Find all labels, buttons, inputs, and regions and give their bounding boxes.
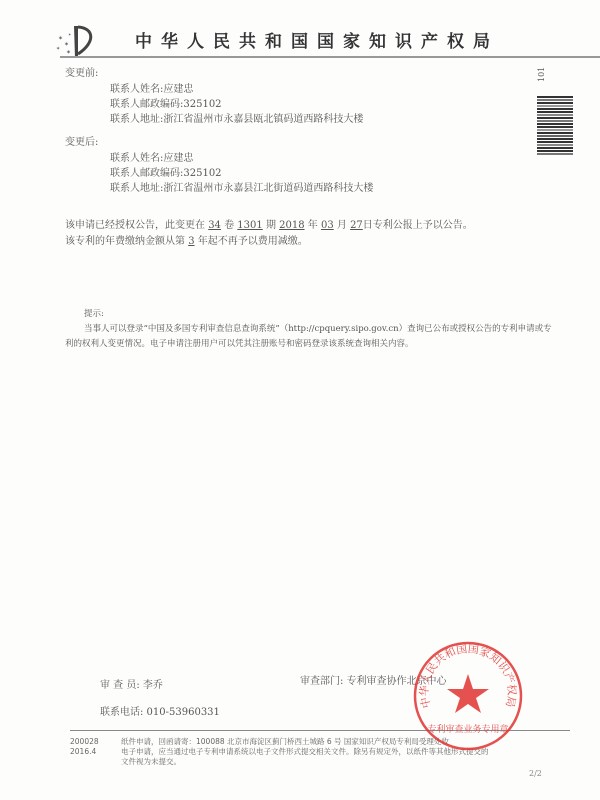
after-label: 变更后: — [65, 135, 98, 150]
tip-line-1: 当事人可以登录“中国及多国专利审查信息查询系统”（http://cpquery.… — [84, 322, 552, 336]
after-postcode: 联系人邮政编码:325102 — [110, 166, 222, 181]
form-code: 200028 — [70, 737, 99, 747]
page-number: 2/2 — [529, 769, 542, 778]
svg-text:✶: ✶ — [64, 41, 69, 48]
month: 03 — [321, 220, 334, 231]
svg-text:✶: ✶ — [58, 35, 63, 42]
notice-line-1: 该申请已经授权公告，此变更在 34 卷 1301 期 2018 年 03 月 2… — [65, 218, 473, 233]
form-date: 2016.4 — [70, 747, 96, 757]
svg-text:✶: ✶ — [56, 46, 60, 52]
before-name: 联系人姓名:应建忠 — [110, 82, 193, 97]
footer-line-3: 文件视为未提交。 — [121, 757, 181, 767]
svg-text:✶: ✶ — [66, 49, 71, 56]
notice-line-2: 该专利的年费缴纳金额从第 3 年起不再予以费用减缴。 — [65, 234, 308, 249]
issue-number: 1301 — [237, 220, 262, 231]
after-name: 联系人姓名:应建忠 — [110, 151, 193, 166]
tip-line-2: 利的权利人变更情况。电子申请注册用户可以凭其注册账号和密码登录该系统查询相关内容… — [65, 337, 414, 351]
seal-inner-text: 专利审查业务专用章 — [427, 723, 508, 735]
cnipa-logo-icon: ✶ ✶ ✶ ✶ ✶ — [54, 24, 98, 60]
tip-label: 提示: — [84, 307, 104, 321]
before-address: 联系人地址:浙江省温州市永嘉县瓯北镇码道西路科技大楼 — [110, 112, 363, 127]
day: 27 — [350, 220, 363, 231]
before-label: 变更前: — [65, 66, 98, 81]
before-postcode: 联系人邮政编码:325102 — [110, 97, 222, 112]
volume-number: 34 — [208, 220, 221, 231]
examiner: 审 查 员: 李乔 — [100, 678, 163, 693]
year: 2018 — [279, 220, 304, 231]
official-seal-icon: 中华人民共和国国家知识产权局 专利审查业务专用章 — [412, 640, 524, 752]
svg-text:✶: ✶ — [68, 32, 71, 37]
fee-year-number: 3 — [188, 236, 194, 247]
header-divider — [60, 56, 600, 58]
barcode-label: 101 — [537, 67, 546, 82]
contact-phone: 联系电话: 010-53960331 — [100, 705, 220, 720]
barcode — [537, 96, 573, 160]
footer-line-1: 纸件申请，回函请寄：100088 北京市海淀区蓟门桥西土城路 6 号 国家知识产… — [121, 737, 449, 747]
after-address: 联系人地址:浙江省温州市永嘉县江北街道码道西路科技大楼 — [110, 181, 373, 196]
page-title: 中华人民共和国国家知识产权局 — [135, 27, 499, 52]
